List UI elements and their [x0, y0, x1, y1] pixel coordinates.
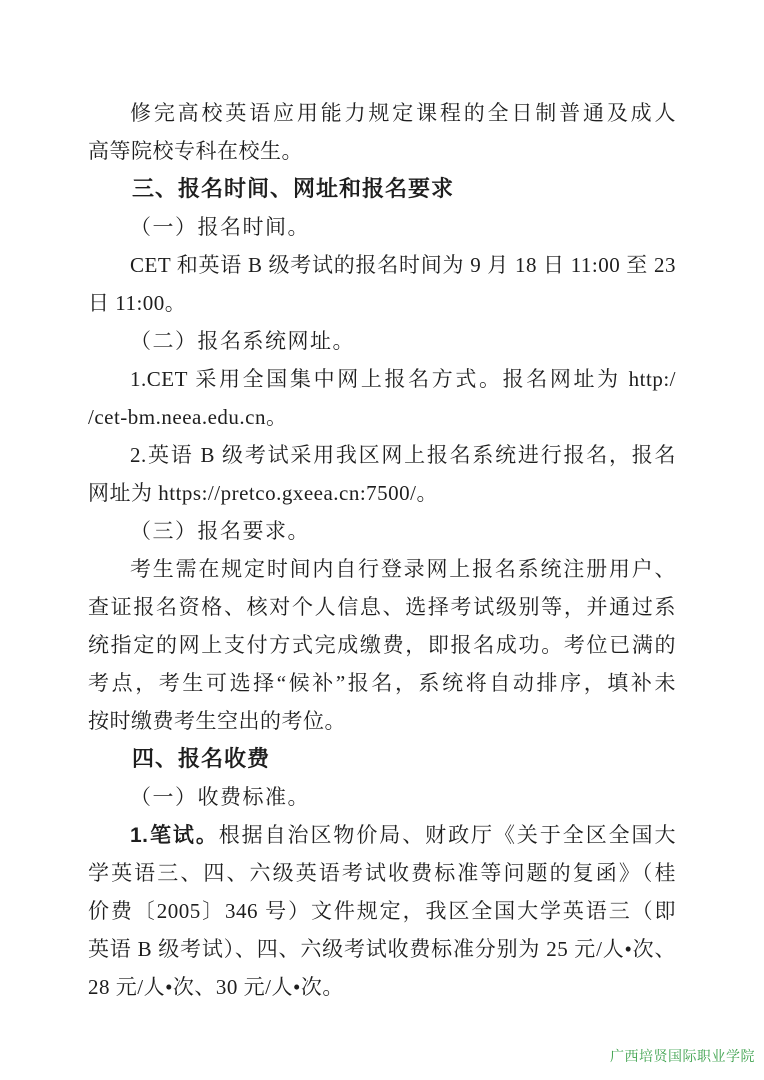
- paragraph-eligibility-line-1: 修完高校英语应用能力规定课程的全日制普通及成人: [88, 94, 676, 132]
- paragraph-requirements-line-5: 按时缴费考生空出的考位。: [88, 702, 676, 740]
- paragraph-requirements-line-4: 考点，考生可选择“候补”报名，系统将自动排序，填补未: [88, 664, 676, 702]
- document-page: 修完高校英语应用能力规定课程的全日制普通及成人 高等院校专科在校生。 三、报名时…: [0, 0, 764, 1080]
- subsection-heading-4-1: （一）收费标准。: [88, 778, 676, 816]
- paragraph-reg-time-line-2: 日 11:00。: [88, 284, 676, 322]
- paragraph-cet-url-line-1: 1.CET 采用全国集中网上报名方式。报名网址为 http:/: [88, 360, 676, 398]
- paragraph-englishb-url-line-1: 2.英语 B 级考试采用我区网上报名系统进行报名，报名: [88, 436, 676, 474]
- paragraph-fees-line-5: 28 元/人•次、30 元/人•次。: [88, 968, 676, 1006]
- subsection-heading-3-1: （一）报名时间。: [88, 208, 676, 246]
- paragraph-requirements-line-2: 查证报名资格、核对个人信息、选择考试级别等，并通过系: [88, 588, 676, 626]
- paragraph-eligibility-line-2: 高等院校专科在校生。: [88, 132, 676, 170]
- subsection-heading-3-2: （二）报名系统网址。: [88, 322, 676, 360]
- paragraph-fees-line-4: 英语 B 级考试）、四、六级考试收费标准分别为 25 元/人•次、: [88, 930, 676, 968]
- school-watermark: 广西培贤国际职业学院: [610, 1046, 755, 1066]
- subsection-heading-3-3: （三）报名要求。: [88, 512, 676, 550]
- paragraph-requirements-line-1: 考生需在规定时间内自行登录网上报名系统注册用户、: [88, 550, 676, 588]
- fees-written-test-text: 根据自治区物价局、财政厅《关于全区全国大: [219, 823, 676, 847]
- paragraph-fees-line-2: 学英语三、四、六级英语考试收费标准等问题的复函》（桂: [88, 854, 676, 892]
- paragraph-englishb-url-line-2: 网址为 https://pretco.gxeea.cn:7500/。: [88, 474, 676, 512]
- paragraph-requirements-line-3: 统指定的网上支付方式完成缴费，即报名成功。考位已满的: [88, 626, 676, 664]
- document-body: 修完高校英语应用能力规定课程的全日制普通及成人 高等院校专科在校生。 三、报名时…: [88, 94, 676, 1006]
- paragraph-fees-line-1: 1.笔试。根据自治区物价局、财政厅《关于全区全国大: [88, 816, 676, 854]
- fees-written-test-label: 1.笔试。: [130, 824, 219, 847]
- paragraph-reg-time-line-1: CET 和英语 B 级考试的报名时间为 9 月 18 日 11:00 至 23: [88, 246, 676, 284]
- section-heading-3: 三、报名时间、网址和报名要求: [88, 170, 676, 208]
- section-heading-4: 四、报名收费: [88, 740, 676, 778]
- paragraph-cet-url-line-2: /cet-bm.neea.edu.cn。: [88, 398, 676, 436]
- paragraph-fees-line-3: 价费〔2005〕346 号）文件规定，我区全国大学英语三（即: [88, 892, 676, 930]
